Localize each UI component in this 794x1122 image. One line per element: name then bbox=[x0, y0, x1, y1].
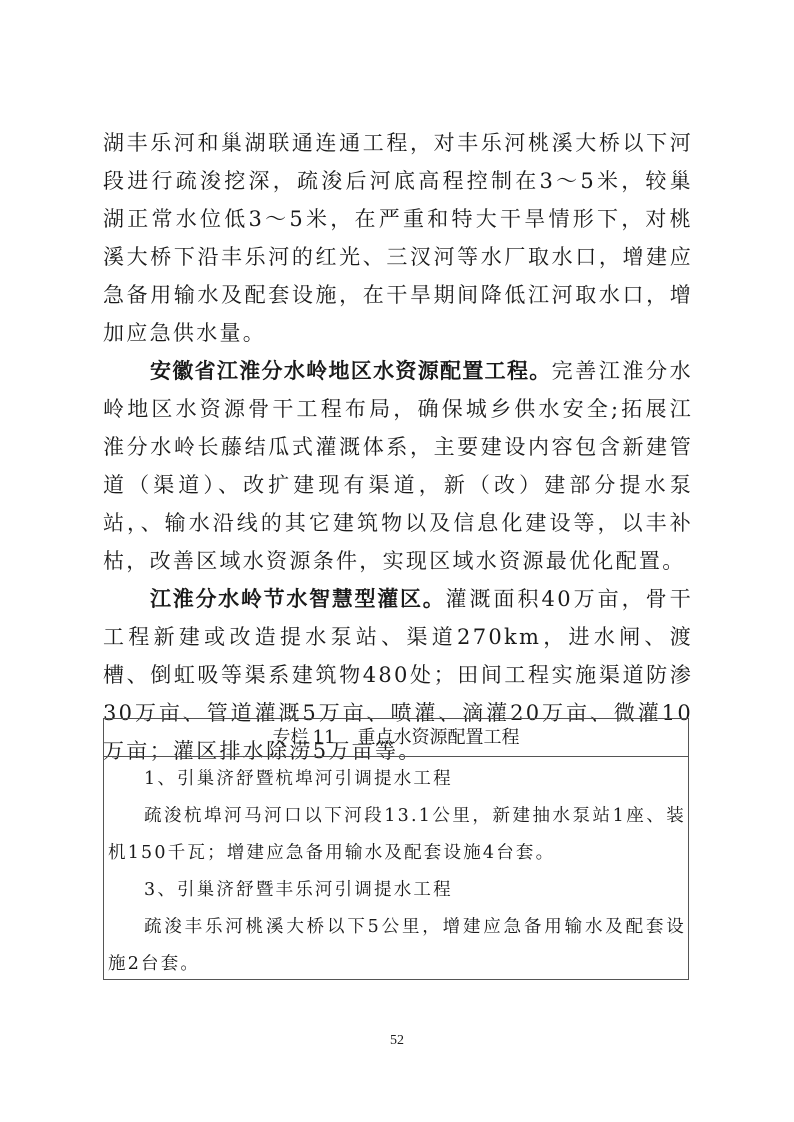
box-item-heading: 3、引巢济舒暨丰乐河引调提水工程 bbox=[108, 872, 686, 909]
paragraph-jianghuai-water-allocation: 安徽省江淮分水岭地区水资源配置工程。完善江淮分水岭地区水资源骨干工程布局，确保城… bbox=[103, 352, 693, 580]
paragraph-continuation: 湖丰乐河和巢湖联通连通工程，对丰乐河桃溪大桥以下河段进行疏浚挖深，疏浚后河底高程… bbox=[103, 124, 693, 352]
box-title-text: 重点水资源配置工程 bbox=[357, 727, 519, 748]
box-item-text: 疏浚丰乐河桃溪大桥以下5公里，增建应急备用输水及配套设施2台套。 bbox=[108, 909, 686, 983]
body-text: 湖丰乐河和巢湖联通连通工程，对丰乐河桃溪大桥以下河段进行疏浚挖深，疏浚后河底高程… bbox=[103, 124, 693, 770]
box-title: 专栏11重点水资源配置工程 bbox=[104, 719, 688, 757]
sidebar-box: 专栏11重点水资源配置工程 1、引巢济舒暨杭埠河引调提水工程 疏浚杭埠河马河口以… bbox=[103, 718, 689, 980]
box-item-heading: 1、引巢济舒暨杭埠河引调提水工程 bbox=[108, 761, 686, 798]
box-item-text: 疏浚杭埠河马河口以下河段13.1公里，新建抽水泵站1座、装机150千瓦；增建应急… bbox=[108, 798, 686, 872]
box-title-number: 11 bbox=[313, 727, 336, 748]
page-number: 52 bbox=[0, 1033, 794, 1049]
document-page: 湖丰乐河和巢湖联通连通工程，对丰乐河桃溪大桥以下河段进行疏浚挖深，疏浚后河底高程… bbox=[0, 0, 794, 1122]
paragraph-text: 湖丰乐河和巢湖联通连通工程，对丰乐河桃溪大桥以下河段进行疏浚挖深，疏浚后河底高程… bbox=[103, 131, 693, 345]
paragraph-bold-lead: 安徽省江淮分水岭地区水资源配置工程。 bbox=[150, 359, 552, 383]
paragraph-bold-lead: 江淮分水岭节水智慧型灌区。 bbox=[150, 587, 445, 611]
box-title-prefix: 专栏 bbox=[273, 727, 309, 748]
paragraph-text: 完善江淮分水岭地区水资源骨干工程布局，确保城乡供水安全;拓展江淮分水岭长藤结瓜式… bbox=[103, 359, 693, 573]
box-body: 1、引巢济舒暨杭埠河引调提水工程 疏浚杭埠河马河口以下河段13.1公里，新建抽水… bbox=[104, 757, 688, 983]
